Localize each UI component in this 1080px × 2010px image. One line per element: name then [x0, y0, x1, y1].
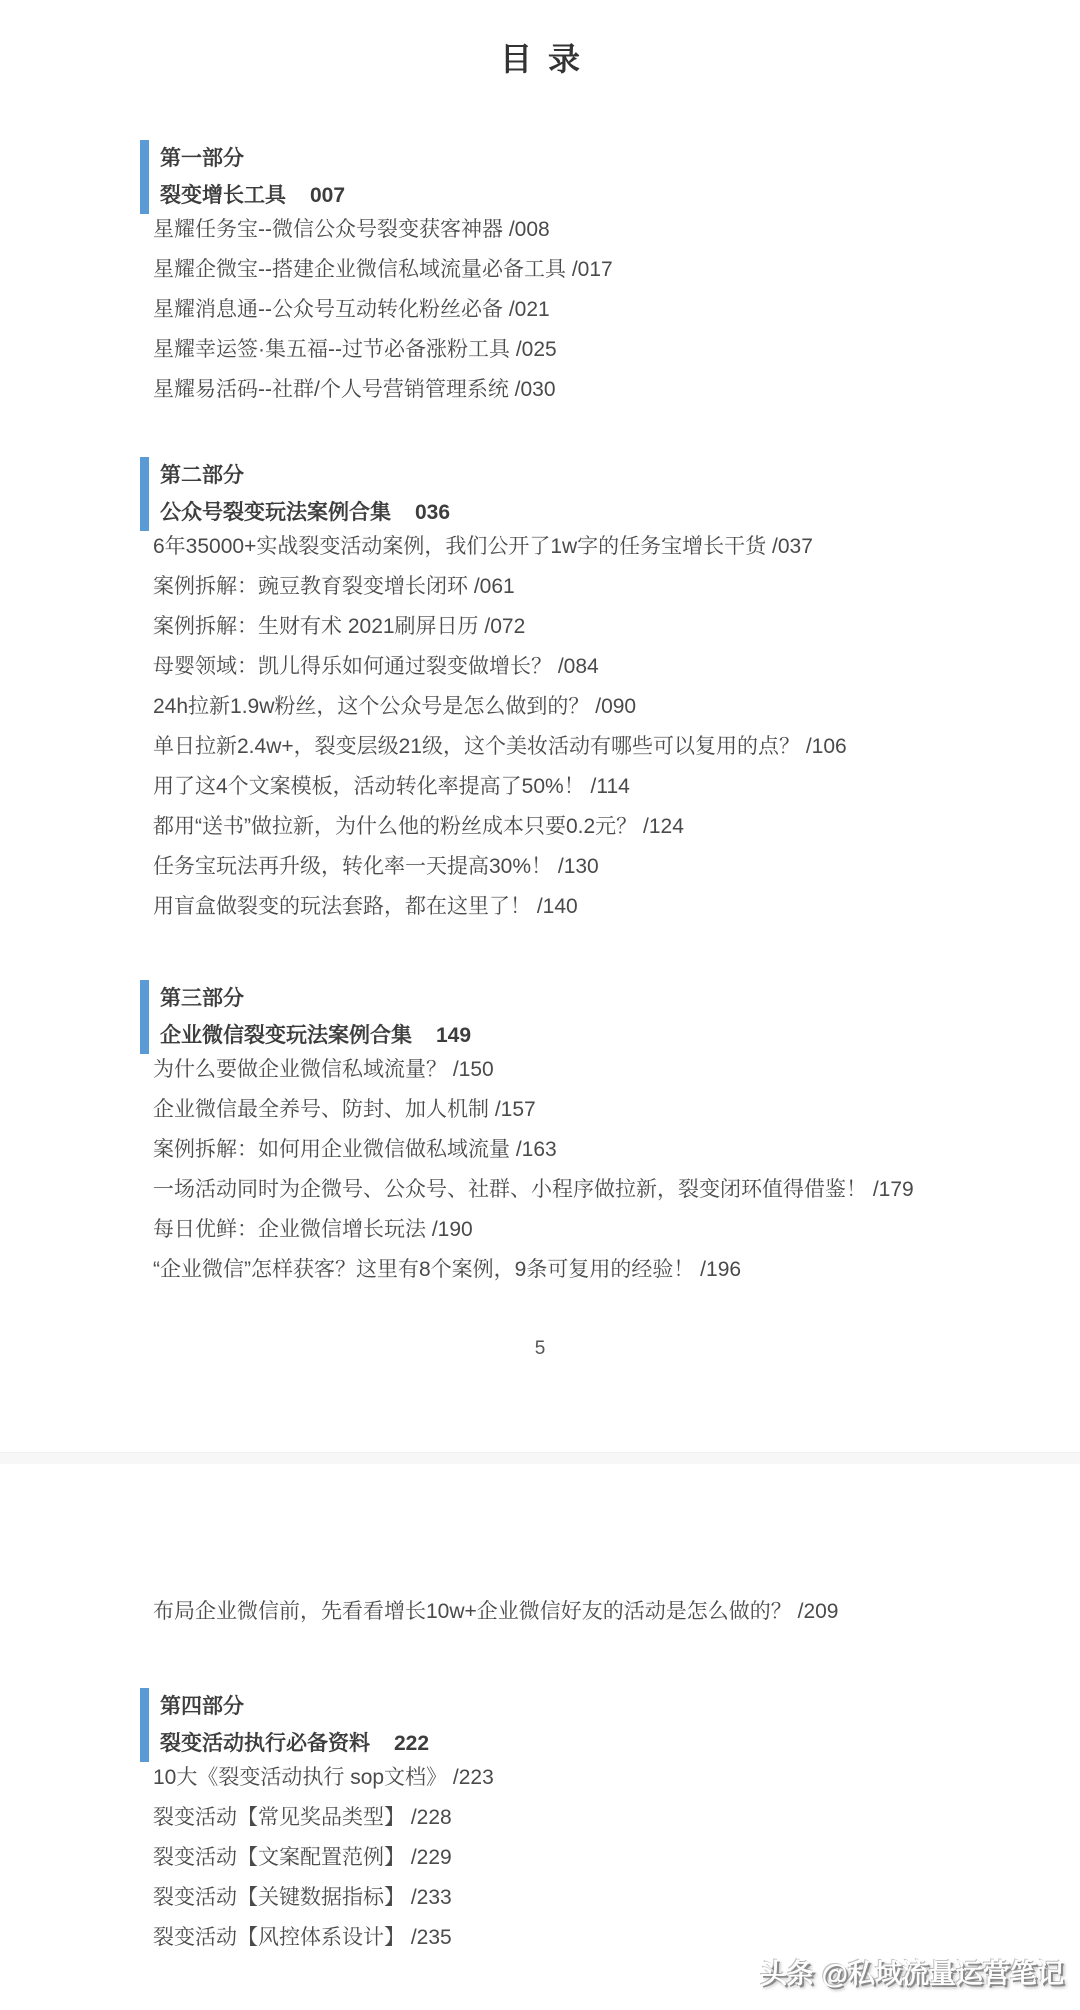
section-items: 星耀任务宝--微信公众号裂变获客神器 /008星耀企微宝--搭建企业微信私域流量…: [140, 210, 613, 410]
toc-item: 每日优鲜：企业微信增长玩法 /190: [153, 1210, 914, 1250]
toc-item: 星耀任务宝--微信公众号裂变获客神器 /008: [153, 210, 613, 250]
toc-item: 为什么要做企业微信私域流量？ /150: [153, 1050, 914, 1090]
section-part-label: 第一部分: [160, 140, 613, 177]
section-title-line: 裂变增长工具007: [160, 177, 613, 214]
toc-item: 10大《裂变活动执行 sop文档》 /223: [153, 1758, 494, 1798]
section-title: 企业微信裂变玩法案例合集: [160, 1024, 412, 1047]
toc-item: 单日拉新2.4w+，裂变层级21级，这个美妆活动有哪些可以复用的点？ /106: [153, 727, 847, 767]
section-header: 第四部分 裂变活动执行必备资料222: [140, 1688, 494, 1762]
section-page-number: 007: [310, 177, 345, 214]
toc-item: 企业微信最全养号、防封、加人机制 /157: [153, 1090, 914, 1130]
watermark: 头条 @私域流量运营笔记: [760, 1952, 1064, 1991]
toc-item: 裂变活动【文案配置范例】 /229: [153, 1838, 494, 1878]
toc-item: “企业微信”怎样获客？这里有8个案例，9条可复用的经验！ /196: [153, 1250, 914, 1290]
toc-item: 用盲盒做裂变的玩法套路，都在这里了！ /140: [153, 887, 847, 927]
section-title-line: 裂变活动执行必备资料222: [160, 1725, 494, 1762]
page-title: 目录: [0, 34, 1080, 80]
section-part-label: 第四部分: [160, 1688, 494, 1725]
section-header: 第三部分 企业微信裂变玩法案例合集149: [140, 980, 914, 1054]
toc-item: 都用“送书”做拉新，为什么他的粉丝成本只要0.2元？ /124: [153, 807, 847, 847]
toc-item: 用了这4个文案模板，活动转化率提高了50%！ /114: [153, 767, 847, 807]
section-title: 裂变增长工具: [160, 184, 286, 207]
toc-item: 案例拆解：豌豆教育裂变增长闭环 /061: [153, 567, 847, 607]
toc-item: 裂变活动【关键数据指标】 /233: [153, 1878, 494, 1918]
toc-section: 第四部分 裂变活动执行必备资料222 10大《裂变活动执行 sop文档》 /22…: [140, 1688, 494, 1958]
section-items: 为什么要做企业微信私域流量？ /150企业微信最全养号、防封、加人机制 /157…: [140, 1050, 914, 1290]
section-title-line: 公众号裂变玩法案例合集036: [160, 494, 847, 531]
toc-item: 星耀企微宝--搭建企业微信私域流量必备工具 /017: [153, 250, 613, 290]
toc-item: 一场活动同时为企微号、公众号、社群、小程序做拉新，裂变闭环值得借鉴！ /179: [153, 1170, 914, 1210]
toc-item: 星耀易活码--社群/个人号营销管理系统 /030: [153, 370, 613, 410]
section-header: 第二部分 公众号裂变玩法案例合集036: [140, 457, 847, 531]
page-number: 5: [0, 1338, 1080, 1360]
section-page-number: 149: [436, 1017, 471, 1054]
toc-item: 任务宝玩法再升级，转化率一天提高30%！ /130: [153, 847, 847, 887]
toc-item: 裂变活动【常见奖品类型】 /228: [153, 1798, 494, 1838]
section-page-number: 222: [394, 1725, 429, 1762]
toc-item: 布局企业微信前，先看看增长10w+企业微信好友的活动是怎么做的？ /209: [153, 1592, 839, 1632]
section-items: 10大《裂变活动执行 sop文档》 /223裂变活动【常见奖品类型】 /228裂…: [140, 1758, 494, 1958]
page-break-divider: [0, 1452, 1080, 1464]
toc-item: 案例拆解：生财有术 2021刷屏日历 /072: [153, 607, 847, 647]
toc-item: 24h拉新1.9w粉丝，这个公众号是怎么做到的？ /090: [153, 687, 847, 727]
toc-item: 母婴领域：凯儿得乐如何通过裂变做增长？ /084: [153, 647, 847, 687]
toc-section: 第二部分 公众号裂变玩法案例合集036 6年35000+实战裂变活动案例，我们公…: [140, 457, 847, 927]
section-title: 公众号裂变玩法案例合集: [160, 501, 391, 524]
toc-item: 星耀幸运签·集五福--过节必备涨粉工具 /025: [153, 330, 613, 370]
section-page-number: 036: [415, 494, 450, 531]
section-title: 裂变活动执行必备资料: [160, 1732, 370, 1755]
toc-section: 第一部分 裂变增长工具007 星耀任务宝--微信公众号裂变获客神器 /008星耀…: [140, 140, 613, 410]
section-header: 第一部分 裂变增长工具007: [140, 140, 613, 214]
toc-item: 6年35000+实战裂变活动案例，我们公开了1w字的任务宝增长干货 /037: [153, 527, 847, 567]
section-part-label: 第二部分: [160, 457, 847, 494]
toc-item: 裂变活动【风控体系设计】 /235: [153, 1918, 494, 1958]
section-title-line: 企业微信裂变玩法案例合集149: [160, 1017, 914, 1054]
toc-item: 星耀消息通--公众号互动转化粉丝必备 /021: [153, 290, 613, 330]
section-items: 6年35000+实战裂变活动案例，我们公开了1w字的任务宝增长干货 /037案例…: [140, 527, 847, 927]
section-part-label: 第三部分: [160, 980, 914, 1017]
toc-item: 案例拆解：如何用企业微信做私域流量 /163: [153, 1130, 914, 1170]
toc-page: 目录 第一部分 裂变增长工具007 星耀任务宝--微信公众号裂变获客神器 /00…: [0, 0, 1080, 2010]
toc-section: 第三部分 企业微信裂变玩法案例合集149 为什么要做企业微信私域流量？ /150…: [140, 980, 914, 1290]
